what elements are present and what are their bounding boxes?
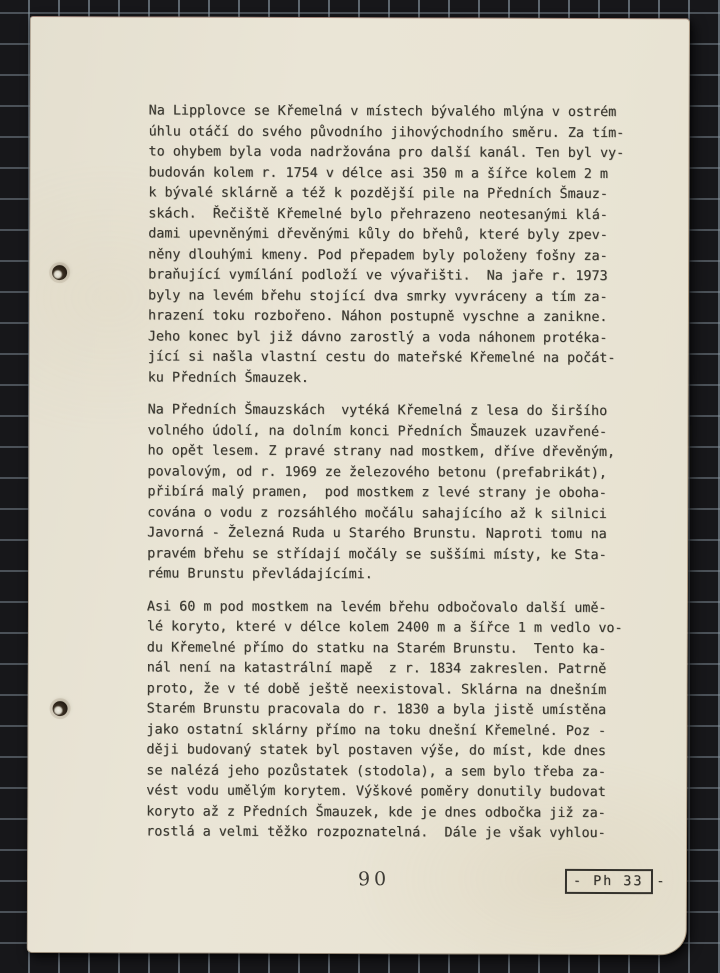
- text-line: koryto až z Předních Šmauzek, kde je dne…: [146, 802, 638, 824]
- text-line: povalovým, od r. 1969 ze železového beto…: [147, 462, 639, 484]
- text-line: přibírá malý pramen, pod mostkem z levé …: [147, 482, 639, 504]
- text-line: cována o vodu z rozsáhlého močálu sahají…: [147, 503, 639, 525]
- text-line: pravém břehu se střídají močály se sušší…: [147, 544, 639, 566]
- text-line: se nalézá jeho pozůstatek (stodola), a s…: [146, 761, 638, 783]
- text-line: úhlu otáčí do svého původního jihovýchod…: [149, 122, 641, 144]
- punch-hole-top: [52, 265, 67, 280]
- text-line: vést vodu umělým korytem. Výškové poměry…: [146, 781, 638, 803]
- text-line: byly na levém břehu stojící dva smrky vy…: [148, 286, 640, 308]
- punch-hole-bottom: [53, 701, 68, 716]
- text-line: budován kolem r. 1754 v délce asi 350 m …: [148, 163, 640, 185]
- text-line: Asi 60 m pod mostkem na levém břehu odbo…: [147, 597, 639, 619]
- text-line: du Křemelné přímo do statku na Starém Br…: [147, 638, 639, 660]
- text-line: něny dlouhými kmeny. Pod přepadem byly p…: [148, 245, 640, 267]
- text-line: braňující vymílání podloží ve vývařišti.…: [148, 265, 640, 287]
- text-line: ději budovaný statek byl postaven výše, …: [146, 740, 638, 762]
- document-page: Na Lipplovce se Křemelná v místech býval…: [27, 16, 690, 955]
- text-line: lé koryto, které v délce kolem 2400 m a …: [147, 617, 639, 639]
- text-line: ku Předních Šmauzek.: [148, 368, 640, 390]
- text-line: dami upevněnými dřevěnými kůly do břehů,…: [148, 224, 640, 246]
- text-line: proto, že v té době ještě neexistoval. S…: [147, 679, 639, 701]
- text-line: Na Předních Šmauzskách vytéká Křemelná z…: [148, 400, 640, 422]
- stamp-box-label: - Ph 33: [565, 869, 654, 894]
- paragraph-1: Na Lipplovce se Křemelná v místech býval…: [148, 101, 641, 390]
- paragraph-2: Na Předních Šmauzskách vytéká Křemelná z…: [147, 400, 640, 586]
- text-line: nál není na katastrální mapě z r. 1834 z…: [147, 658, 639, 680]
- text-line: Na Lipplovce se Křemelná v místech býval…: [149, 101, 641, 123]
- page-number: 90: [358, 868, 390, 890]
- typewritten-text: Na Lipplovce se Křemelná v místech býval…: [146, 101, 641, 856]
- text-line: jící si našla vlastní cestu do mateřské …: [148, 347, 640, 369]
- text-line: rému Brunstu převládajícími.: [147, 564, 639, 586]
- text-line: hrazení toku rozbořeno. Náhon postupně v…: [148, 306, 640, 328]
- text-line: skách. Řečiště Křemelné bylo přehrazeno …: [148, 204, 640, 226]
- text-line: volného údolí, na dolním konci Předních …: [148, 421, 640, 443]
- text-line: k bývalé sklárně a též k pozdější pile n…: [148, 183, 640, 205]
- text-line: Starém Brunstu pracovala do r. 1830 a by…: [147, 699, 639, 721]
- text-line: Javorná - Železná Ruda u Starého Brunstu…: [147, 523, 639, 545]
- stamp-trailing-dash: -: [656, 874, 664, 889]
- text-line: rostlá a velmi těžko rozpoznatelná. Dále…: [146, 822, 638, 844]
- text-line: to ohybem byla voda nadržována pro další…: [148, 142, 640, 164]
- archive-stamp: - Ph 33 -: [565, 869, 665, 894]
- text-line: ho opět lesem. Z pravé strany nad mostke…: [147, 441, 639, 463]
- text-line: Jeho konec byl již dávno zarostlý a voda…: [148, 327, 640, 349]
- text-line: jako ostatní sklárny přímo na toku dnešn…: [146, 720, 638, 742]
- paragraph-3: Asi 60 m pod mostkem na levém břehu odbo…: [146, 597, 639, 845]
- scan-background: { "document": { "language": "cs", "page_…: [0, 0, 720, 973]
